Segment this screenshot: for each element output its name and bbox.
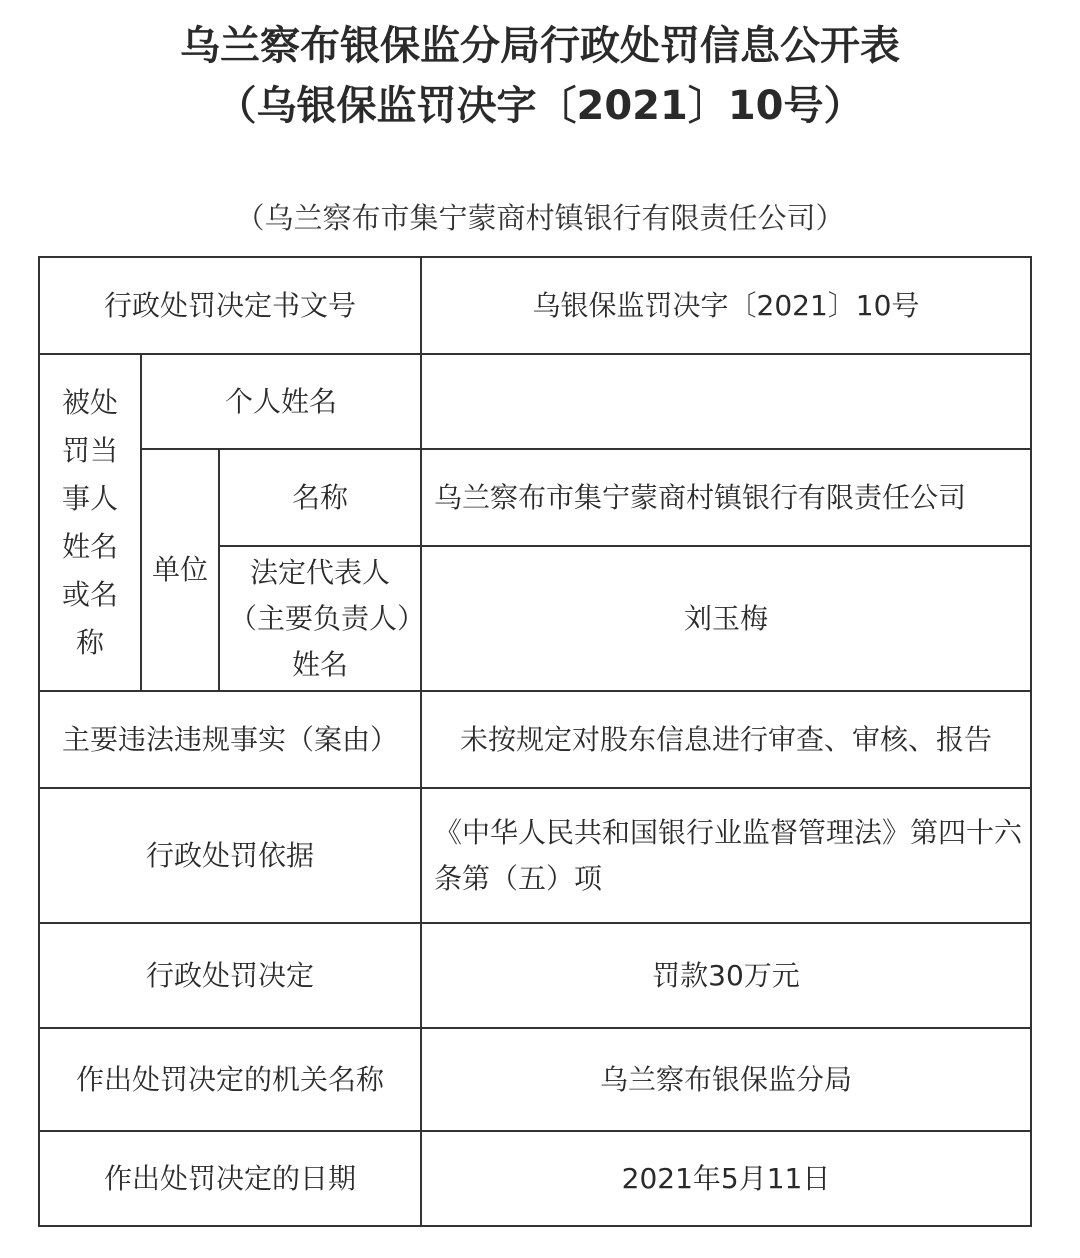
- doc-number-label: 行政处罚决定书文号: [39, 257, 421, 354]
- unit-name-label: 名称: [219, 449, 421, 546]
- decision-label: 行政处罚决定: [39, 923, 421, 1028]
- decision-number-title: （乌银保监罚决字〔2021〕10号）: [0, 74, 1080, 131]
- authority-value: 乌兰察布银保监分局: [421, 1028, 1031, 1131]
- table-row: 单位 名称 乌兰察布市集宁蒙商村镇银行有限责任公司: [39, 449, 1031, 546]
- table-row: 作出处罚决定的日期 2021年5月11日: [39, 1131, 1031, 1226]
- individual-name-value: [421, 354, 1031, 449]
- doc-number-value: 乌银保监罚决字〔2021〕10号: [421, 257, 1031, 354]
- violation-value: 未按规定对股东信息进行审查、审核、报告: [421, 691, 1031, 788]
- date-label: 作出处罚决定的日期: [39, 1131, 421, 1226]
- authority-label: 作出处罚决定的机关名称: [39, 1028, 421, 1131]
- table-row: 作出处罚决定的机关名称 乌兰察布银保监分局: [39, 1028, 1031, 1131]
- basis-label: 行政处罚依据: [39, 788, 421, 923]
- company-subtitle: （乌兰察布市集宁蒙商村镇银行有限责任公司）: [0, 196, 1080, 237]
- legal-rep-label: 法定代表人（主要负责人）姓名: [219, 546, 421, 691]
- unit-name-value: 乌兰察布市集宁蒙商村镇银行有限责任公司: [421, 449, 1031, 546]
- decision-value: 罚款30万元: [421, 923, 1031, 1028]
- date-value: 2021年5月11日: [421, 1131, 1031, 1226]
- individual-name-label: 个人姓名: [141, 354, 421, 449]
- table-row: 被处罚当事人姓名或名称 个人姓名: [39, 354, 1031, 449]
- table-row: 行政处罚决定 罚款30万元: [39, 923, 1031, 1028]
- party-label: 被处罚当事人姓名或名称: [39, 354, 141, 691]
- page-title: 乌兰察布银保监分局行政处罚信息公开表: [0, 14, 1080, 71]
- table-row: 行政处罚依据 《中华人民共和国银行业监督管理法》第四十六条第（五）项: [39, 788, 1031, 923]
- table-row: 行政处罚决定书文号 乌银保监罚决字〔2021〕10号: [39, 257, 1031, 354]
- basis-value: 《中华人民共和国银行业监督管理法》第四十六条第（五）项: [421, 788, 1031, 923]
- unit-label: 单位: [141, 449, 219, 691]
- violation-label: 主要违法违规事实（案由）: [39, 691, 421, 788]
- table-row: 主要违法违规事实（案由） 未按规定对股东信息进行审查、审核、报告: [39, 691, 1031, 788]
- penalty-info-table: 行政处罚决定书文号 乌银保监罚决字〔2021〕10号 被处罚当事人姓名或名称 个…: [38, 256, 1032, 1227]
- legal-rep-value: 刘玉梅: [421, 546, 1031, 691]
